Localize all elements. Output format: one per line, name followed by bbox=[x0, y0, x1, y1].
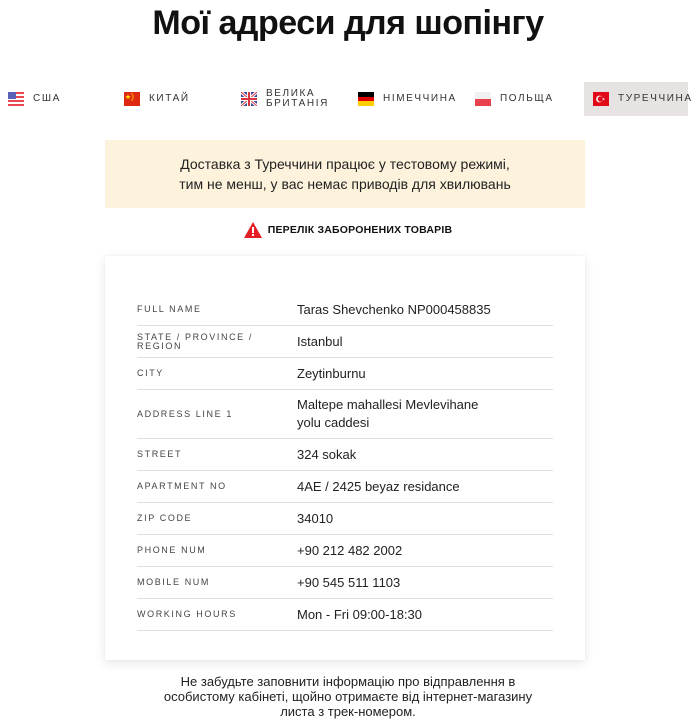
field-label: Apartment no bbox=[137, 482, 297, 491]
address-card: Full name Taras Shevchenko NP000458835 S… bbox=[105, 256, 585, 660]
address-row-working-hours: Working hours Mon - Fri 09:00-18:30 bbox=[137, 599, 553, 631]
forbidden-goods-label: ПЕРЕЛІК ЗАБОРОНЕНИХ ТОВАРІВ bbox=[268, 224, 453, 236]
tab-germany[interactable]: Німеччина bbox=[358, 82, 457, 116]
turkey-flag-icon bbox=[593, 92, 609, 106]
usa-flag-icon bbox=[8, 92, 24, 106]
tab-china[interactable]: Китай bbox=[124, 82, 190, 116]
country-tabs: США Китай bbox=[0, 82, 696, 116]
tab-turkey[interactable]: Туреччина bbox=[584, 82, 688, 116]
field-label: Street bbox=[137, 450, 297, 459]
field-value[interactable]: Taras Shevchenko NP000458835 bbox=[297, 295, 553, 325]
tab-label: Туреччина bbox=[618, 94, 693, 104]
field-value[interactable]: 324 sokak bbox=[297, 440, 553, 470]
field-value[interactable]: 34010 bbox=[297, 504, 553, 534]
address-row-street: Street 324 sokak bbox=[137, 439, 553, 471]
field-value[interactable]: +90 212 482 2002 bbox=[297, 536, 553, 566]
field-label: Zip code bbox=[137, 514, 297, 523]
page-title: Мої адреси для шопінгу bbox=[0, 4, 696, 43]
forbidden-goods-link[interactable]: ПЕРЕЛІК ЗАБОРОНЕНИХ ТОВАРІВ bbox=[0, 222, 696, 238]
address-table: Full name Taras Shevchenko NP000458835 S… bbox=[137, 294, 553, 631]
field-label: Phone num bbox=[137, 546, 297, 555]
tab-label: Китай bbox=[149, 94, 190, 104]
field-value[interactable]: Mon - Fri 09:00-18:30 bbox=[297, 600, 553, 630]
field-value[interactable]: +90 545 511 1103 bbox=[297, 568, 553, 598]
tab-label: США bbox=[33, 94, 61, 104]
field-value[interactable]: Maltepe mahallesi Mevlevihane yolu cadde… bbox=[297, 390, 553, 438]
china-flag-icon bbox=[124, 92, 140, 106]
tab-label: Польща bbox=[500, 94, 554, 104]
address-row-city: City Zeytinburnu bbox=[137, 358, 553, 390]
tab-uk[interactable]: Велика Британія bbox=[241, 82, 329, 116]
field-value[interactable]: 4AE / 2425 beyaz residance bbox=[297, 472, 553, 502]
field-label: Mobile num bbox=[137, 578, 297, 587]
tab-label: Німеччина bbox=[383, 94, 457, 104]
warning-icon bbox=[244, 222, 262, 238]
address-row-zip: Zip code 34010 bbox=[137, 503, 553, 535]
germany-flag-icon bbox=[358, 92, 374, 106]
address-row-region: State / Province / Region Istanbul bbox=[137, 326, 553, 358]
tab-usa[interactable]: США bbox=[8, 82, 61, 116]
field-value[interactable]: Istanbul bbox=[297, 327, 553, 357]
poland-flag-icon bbox=[475, 92, 491, 106]
address-row-phone: Phone num +90 212 482 2002 bbox=[137, 535, 553, 567]
tracking-reminder: Не забудьте заповнити інформацію про від… bbox=[0, 674, 696, 719]
address-row-full-name: Full name Taras Shevchenko NP000458835 bbox=[137, 294, 553, 326]
field-label: State / Province / Region bbox=[137, 333, 297, 351]
address-row-mobile: Mobile num +90 545 511 1103 bbox=[137, 567, 553, 599]
tab-label: Велика Британія bbox=[266, 89, 329, 109]
field-label: City bbox=[137, 369, 297, 378]
field-label: Full name bbox=[137, 305, 297, 314]
address-row-apartment: Apartment no 4AE / 2425 beyaz residance bbox=[137, 471, 553, 503]
field-label: Working hours bbox=[137, 610, 297, 619]
uk-flag-icon bbox=[241, 92, 257, 106]
notice-text: Доставка з Туреччини працює у тестовому … bbox=[179, 154, 511, 194]
tab-poland[interactable]: Польща bbox=[475, 82, 554, 116]
address-row-address-line-1: Address line 1 Maltepe mahallesi Mevlevi… bbox=[137, 390, 553, 439]
field-label: Address line 1 bbox=[137, 410, 297, 419]
field-value[interactable]: Zeytinburnu bbox=[297, 359, 553, 389]
test-mode-notice: Доставка з Туреччини працює у тестовому … bbox=[105, 140, 585, 208]
